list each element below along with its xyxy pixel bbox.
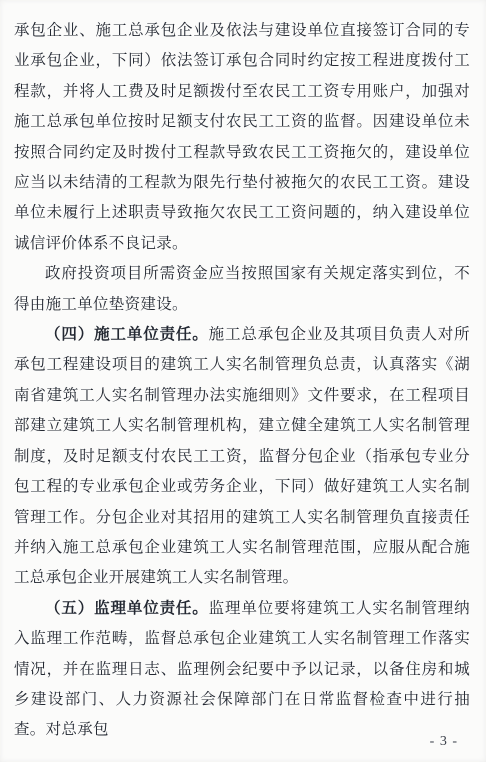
paragraph-lead-wu: （五）监理单位责任。 (45, 600, 209, 617)
paragraph-body-si: 施工总承包企业及其项目负责人对所承包工程建设项目的建筑工人实名制管理负总责，认真… (14, 326, 470, 586)
page-number: - 3 - (430, 734, 458, 750)
paragraph-government-investment: 政府投资项目所需资金应当按照国家有关规定落实到位，不得由施工单位垫资建设。 (14, 259, 470, 320)
paragraph-construction-unit-duty: （四）施工单位责任。施工总承包企业及其项目负责人对所承包工程建设项目的建筑工人实… (14, 320, 470, 594)
paragraph-construction-funds-continuation: 承包企业、施工总承包企业及依法与建设单位直接签订合同的专业承包企业，下同）依法签… (14, 16, 470, 259)
document-body: 承包企业、施工总承包企业及依法与建设单位直接签订合同的专业承包企业，下同）依法签… (14, 16, 470, 746)
paragraph-lead-si: （四）施工单位责任。 (45, 326, 209, 343)
paragraph-supervision-unit-duty: （五）监理单位责任。监理单位要将建筑工人实名制管理纳入监理工作范畴，监督总承包企… (14, 594, 470, 746)
paragraph-body-wu: 监理单位要将建筑工人实名制管理纳入监理工作范畴，监督总承包企业建筑工人实名制管理… (14, 600, 470, 739)
document-page: 承包企业、施工总承包企业及依法与建设单位直接签订合同的专业承包企业，下同）依法签… (0, 0, 486, 762)
